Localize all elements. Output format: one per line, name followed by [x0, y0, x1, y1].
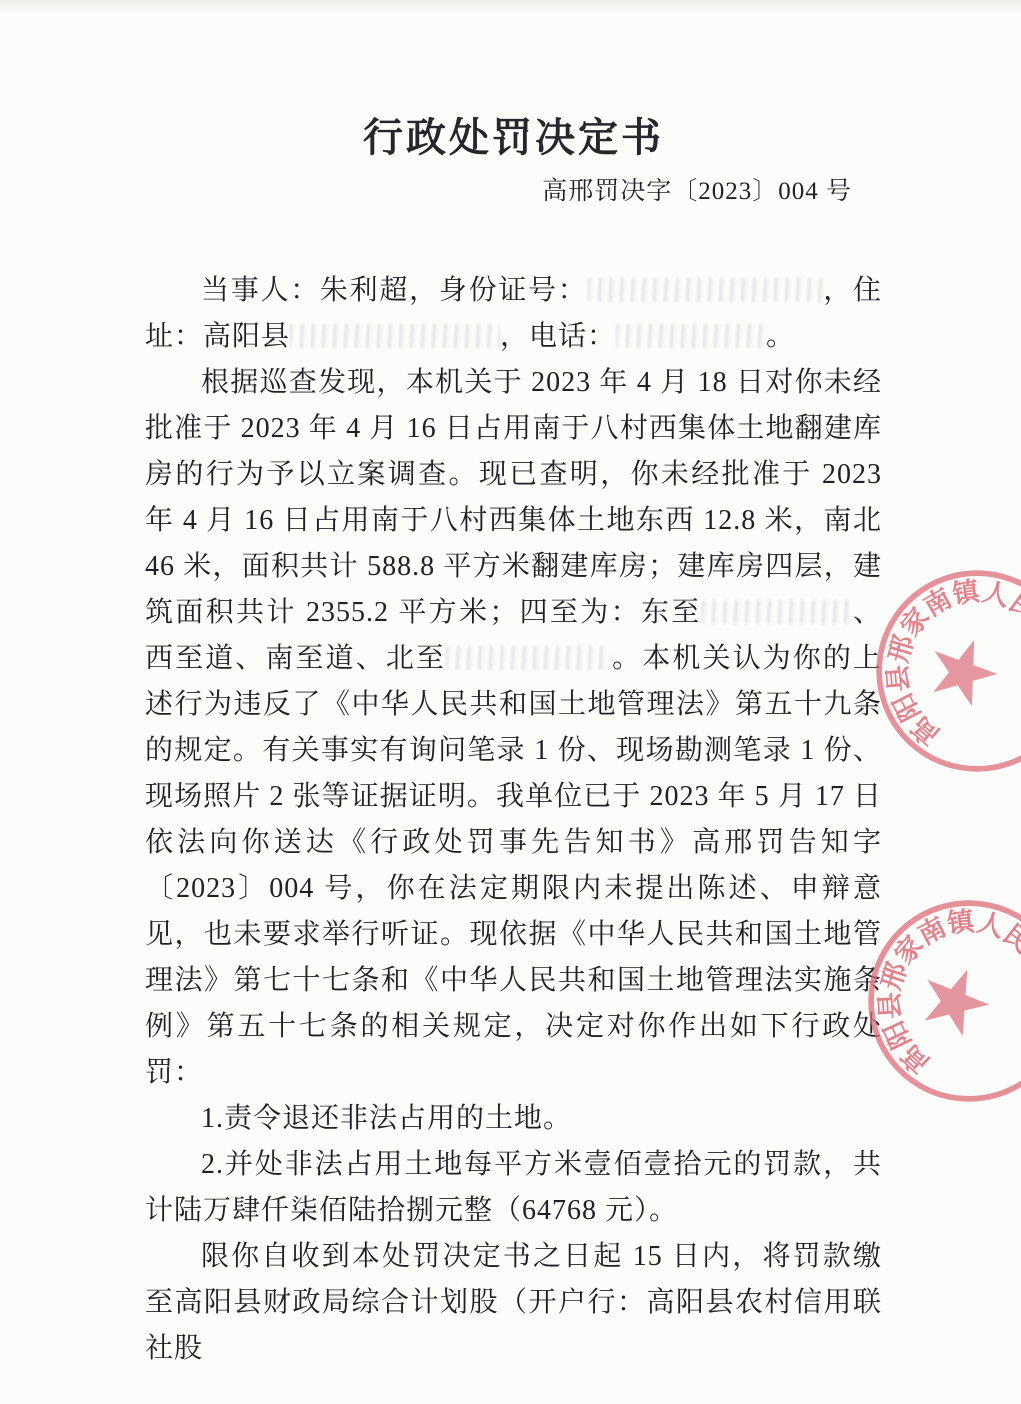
document-number: 高邢罚决字〔2023〕004 号 — [145, 172, 882, 212]
text-run: 。 — [766, 321, 795, 352]
seal-graphic: 高阳县邢家南镇人民政府 — [866, 898, 1021, 1104]
paragraph: 1.责令退还非法占用的土地。 — [145, 1096, 882, 1142]
paragraph: 限你自收到本处罚决定书之日起 15 日内，将罚款缴至高阳县财政局综合计划股（开户… — [145, 1234, 882, 1372]
text-run: 根据巡查发现，本机关于 2023 年 4 月 18 日对你未经批准于 2023 … — [145, 367, 882, 628]
redacted-text — [290, 324, 500, 348]
seal-graphic: 高阳县邢家南镇人民政府 — [874, 568, 1021, 774]
official-seal: 高阳县邢家南镇人民政府 — [874, 568, 1021, 774]
paragraph: 当事人：朱利超，身份证号：，住址：高阳县，电话：。 — [145, 268, 882, 360]
document-body: 当事人：朱利超，身份证号：，住址：高阳县，电话：。根据巡查发现，本机关于 202… — [145, 268, 882, 1372]
text-run: 当事人：朱利超，身份证号： — [201, 275, 588, 306]
text-run: 。本机关认为你的上述行为违反了《中华人民共和国土地管理法》第五十九条的规定。有关… — [145, 643, 882, 1088]
redacted-text — [446, 646, 611, 670]
paragraph: 2.并处非法占用土地每平方米壹佰壹拾元的罚款，共计陆万肆仟柒佰陆拾捌元整（647… — [145, 1142, 882, 1234]
text-run: 2.并处非法占用土地每平方米壹佰壹拾元的罚款，共计陆万肆仟柒佰陆拾捌元整（647… — [145, 1149, 882, 1226]
redacted-text — [702, 600, 852, 624]
star-icon — [914, 625, 1005, 716]
paragraph: 根据巡查发现，本机关于 2023 年 4 月 18 日对你未经批准于 2023 … — [145, 360, 882, 1096]
official-seal: 高阳县邢家南镇人民政府 — [866, 898, 1021, 1104]
redacted-text — [588, 278, 823, 302]
text-run: 1.责令退还非法占用的土地。 — [201, 1103, 572, 1134]
text-run: ，电话： — [500, 321, 616, 352]
redacted-text — [616, 324, 766, 348]
document-title: 行政处罚决定书 — [145, 112, 882, 164]
scanned-document-page: 行政处罚决定书 高邢罚决字〔2023〕004 号 当事人：朱利超，身份证号：，住… — [0, 0, 1021, 1404]
star-icon — [906, 954, 997, 1046]
document-content: 行政处罚决定书 高邢罚决字〔2023〕004 号 当事人：朱利超，身份证号：，住… — [145, 0, 882, 1372]
text-run: 限你自收到本处罚决定书之日起 15 日内，将罚款缴至高阳县财政局综合计划股（开户… — [145, 1241, 882, 1364]
